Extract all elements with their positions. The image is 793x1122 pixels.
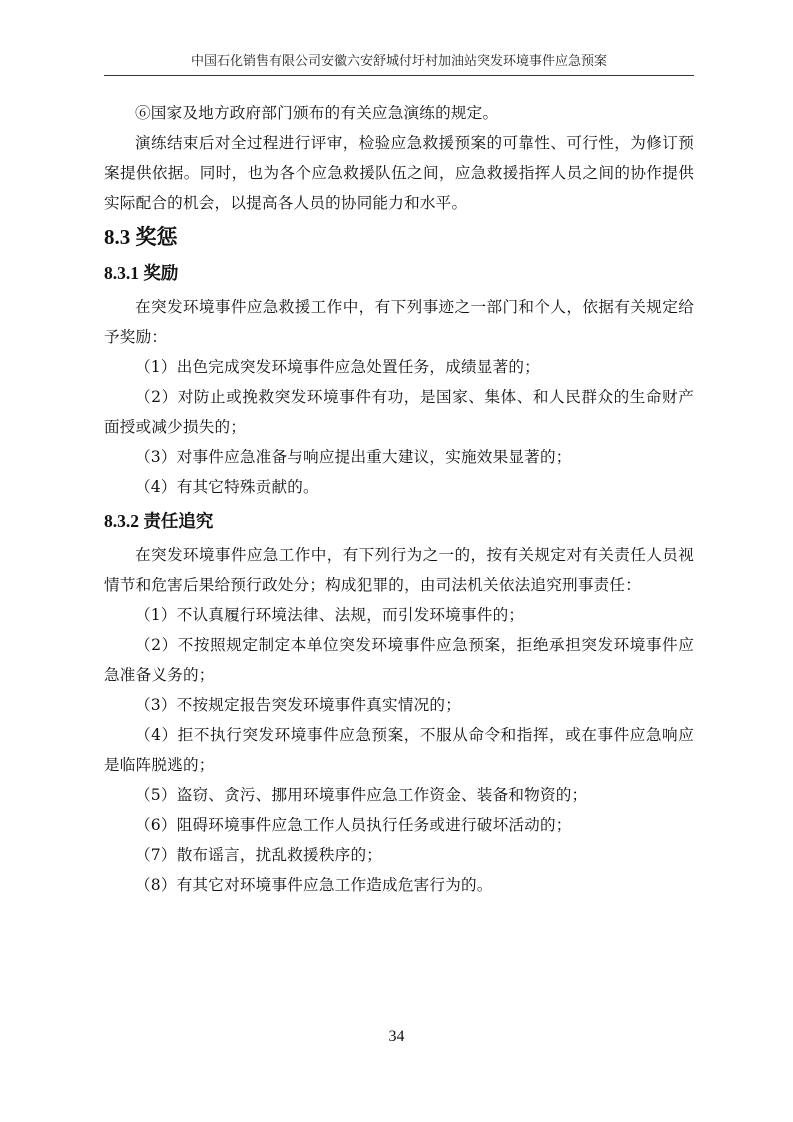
subsection-heading-8-3-1: 8.3.1 奖励 bbox=[104, 258, 694, 288]
page-body: ⑥国家及地方政府部门颁布的有关应急演练的规定。 演练结束后对全过程进行评审，检验… bbox=[104, 98, 694, 900]
accountability-item: （2）不按照规定制定本单位突发环境事件应急预案，拒绝承担突发环境事件应急准备义务… bbox=[104, 630, 694, 690]
rewards-item: （1）出色完成突发环境事件应急处置任务，成绩显著的； bbox=[104, 352, 694, 382]
accountability-item: （1）不认真履行环境法律、法规，而引发环境事件的； bbox=[104, 600, 694, 630]
header-divider bbox=[104, 75, 694, 76]
drill-review-paragraph: 演练结束后对全过程进行评审，检验应急救援预案的可靠性、可行性，为修订预案提供依据… bbox=[104, 128, 694, 218]
accountability-item: （6）阻碍环境事件应急工作人员执行任务或进行破坏活动的； bbox=[104, 810, 694, 840]
rewards-intro: 在突发环境事件应急救援工作中，有下列事迹之一部门和个人，依据有关规定给予奖励： bbox=[104, 292, 694, 352]
drill-regulation-item: ⑥国家及地方政府部门颁布的有关应急演练的规定。 bbox=[104, 98, 694, 128]
section-heading-8-3: 8.3 奖惩 bbox=[104, 222, 694, 252]
accountability-intro: 在突发环境事件应急工作中，有下列行为之一的，按有关规定对有关责任人员视情节和危害… bbox=[104, 540, 694, 600]
accountability-item: （5）盗窃、贪污、挪用环境事件应急工作资金、装备和物资的； bbox=[104, 780, 694, 810]
accountability-item: （3）不按规定报告突发环境事件真实情况的； bbox=[104, 690, 694, 720]
rewards-item: （3）对事件应急准备与响应提出重大建议，实施效果显著的； bbox=[104, 442, 694, 472]
accountability-item: （4）拒不执行突发环境事件应急预案，不服从命令和指挥，或在事件应急响应是临阵脱逃… bbox=[104, 720, 694, 780]
page-number: 34 bbox=[0, 1028, 793, 1046]
rewards-item: （2）对防止或挽救突发环境事件有功，是国家、集体、和人民群众的生命财产面授或减少… bbox=[104, 382, 694, 442]
accountability-item: （7）散布谣言，扰乱救援秩序的； bbox=[104, 840, 694, 870]
accountability-item: （8）有其它对环境事件应急工作造成危害行为的。 bbox=[104, 870, 694, 900]
rewards-item: （4）有其它特殊贡献的。 bbox=[104, 472, 694, 502]
running-header: 中国石化销售有限公司安徽六安舒城付圩村加油站突发环境事件应急预案 bbox=[104, 54, 694, 70]
subsection-heading-8-3-2: 8.3.2 责任追究 bbox=[104, 506, 694, 536]
